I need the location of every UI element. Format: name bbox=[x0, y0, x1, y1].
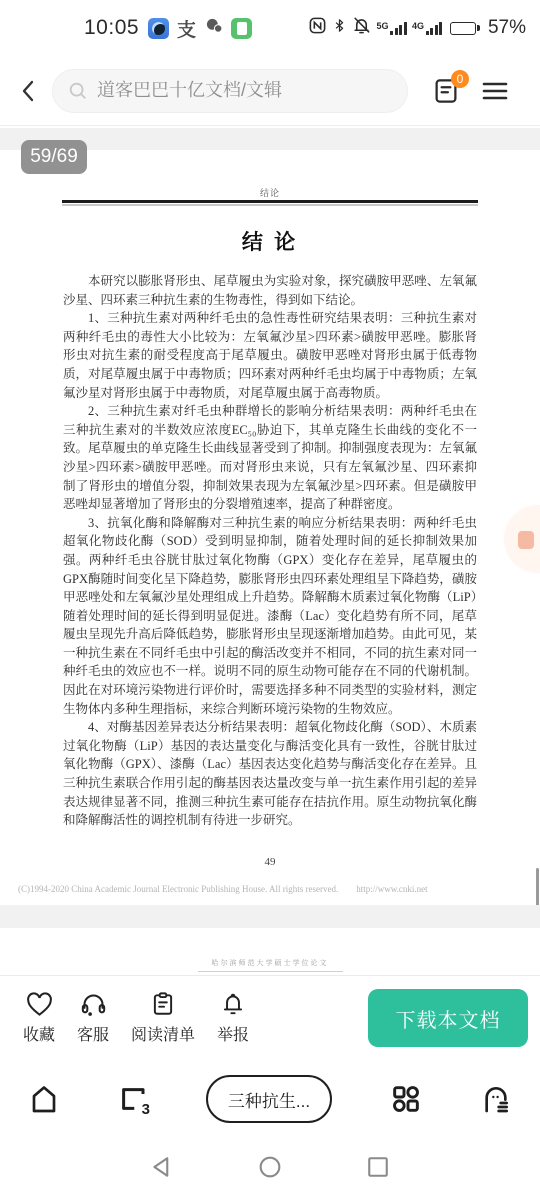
grid-icon bbox=[390, 1083, 422, 1115]
headset-icon bbox=[80, 992, 107, 1017]
battery-percent: 57% bbox=[488, 17, 526, 39]
assistant-button[interactable] bbox=[480, 1083, 512, 1115]
page-indicator-badge: 59/69 bbox=[21, 140, 87, 174]
floating-promo-button[interactable] bbox=[502, 503, 540, 575]
paragraph: 本研究以膨胀肾形虫、尾草履虫为实验对象，探究磺胺甲恶唑、左氧氟沙星、四环素三种抗… bbox=[63, 272, 477, 309]
reading-list-count-badge: 0 bbox=[451, 70, 469, 88]
reading-list-toolbar-button[interactable]: 阅读清单 bbox=[131, 991, 195, 1045]
scrollbar[interactable] bbox=[536, 868, 539, 906]
status-bar: 10:05 支 5G 4G bbox=[0, 0, 540, 56]
search-bar[interactable] bbox=[52, 69, 408, 113]
favorite-button[interactable]: 收藏 bbox=[23, 992, 55, 1045]
app-header: 0 bbox=[0, 56, 540, 126]
customer-service-button[interactable]: 客服 bbox=[77, 992, 109, 1045]
page-gap bbox=[0, 905, 540, 928]
android-home-button[interactable] bbox=[256, 1153, 284, 1186]
assistant-icon bbox=[480, 1083, 512, 1115]
android-nav-bar bbox=[0, 1138, 540, 1200]
section-title: 结 论 bbox=[0, 226, 540, 256]
running-header: 结论 bbox=[0, 186, 540, 199]
current-document-tab[interactable]: 三种抗生... bbox=[206, 1075, 332, 1123]
hamburger-icon bbox=[481, 79, 509, 103]
paragraph: 2、三种抗生素对纤毛虫种群增长的影响分析结果表明：两种纤毛虫在三种抗生素对的半数… bbox=[63, 402, 477, 514]
page-number: 49 bbox=[0, 856, 540, 868]
mute-bell-icon bbox=[352, 16, 371, 40]
signal-4g-icon: 4G bbox=[412, 22, 443, 35]
alipay-icon: 支 bbox=[176, 18, 197, 39]
document-body: 本研究以膨胀肾形虫、尾草履虫为实验对象，探究磺胺甲恶唑、左氧氟沙星、四环素三种抗… bbox=[63, 272, 477, 830]
phone-screen: 10:05 支 5G 4G bbox=[0, 0, 540, 1200]
header-rule bbox=[62, 200, 478, 206]
bluetooth-icon bbox=[332, 16, 347, 40]
home-icon bbox=[28, 1083, 60, 1115]
android-recents-button[interactable] bbox=[364, 1153, 392, 1186]
app-bottom-nav: 3 三种抗生... bbox=[0, 1060, 540, 1138]
paragraph: 4、对酶基因差异表达分析结果表明：超氧化物歧化酶（SOD）、木质素过氧化物酶（L… bbox=[63, 718, 477, 830]
nfc-icon bbox=[308, 16, 327, 40]
heart-icon bbox=[26, 992, 53, 1017]
menu-button[interactable] bbox=[479, 75, 511, 107]
battery-icon bbox=[450, 22, 480, 35]
next-page-peek: 哈尔滨师范大学硕士学位论文 bbox=[0, 958, 540, 972]
paragraph: 3、抗氧化酶和降解酶对三种抗生素的响应分析结果表明：两种纤毛虫超氧化物歧化酶（S… bbox=[63, 514, 477, 719]
home-button[interactable] bbox=[28, 1083, 60, 1115]
download-document-button[interactable]: 下载本文档 bbox=[368, 989, 528, 1047]
search-icon bbox=[67, 80, 89, 102]
recents-square-icon bbox=[364, 1153, 392, 1181]
notification-app-icons: 支 bbox=[148, 16, 252, 41]
report-button[interactable]: 举报 bbox=[217, 991, 249, 1045]
camera-app-icon bbox=[148, 18, 169, 39]
clipboard-icon bbox=[150, 991, 176, 1017]
bell-icon bbox=[220, 991, 246, 1017]
apps-grid-button[interactable] bbox=[390, 1083, 422, 1115]
clock: 10:05 bbox=[84, 16, 139, 40]
tabs-button[interactable]: 3 bbox=[118, 1084, 148, 1114]
android-back-button[interactable] bbox=[148, 1153, 176, 1186]
reading-list-button[interactable]: 0 bbox=[429, 74, 463, 108]
tab-count: 3 bbox=[141, 1102, 151, 1117]
back-triangle-icon bbox=[148, 1153, 176, 1181]
signal-5g-icon: 5G bbox=[376, 22, 407, 35]
paragraph: 1、三种抗生素对两种纤毛虫的急性毒性研究结果表明：三种抗生素对两种纤毛虫的毒性大… bbox=[63, 309, 477, 402]
search-input[interactable] bbox=[97, 80, 393, 101]
wechat-icon bbox=[204, 16, 224, 41]
back-button[interactable] bbox=[14, 76, 44, 106]
status-indicators: 5G 4G 57% bbox=[308, 16, 526, 40]
home-circle-icon bbox=[256, 1153, 284, 1181]
document-app-icon bbox=[231, 18, 252, 39]
document-toolbar: 收藏 客服 阅读清单 举报 下载本文档 bbox=[0, 975, 540, 1060]
copyright-line: (C)1994-2020 China Academic Journal Elec… bbox=[18, 884, 526, 894]
